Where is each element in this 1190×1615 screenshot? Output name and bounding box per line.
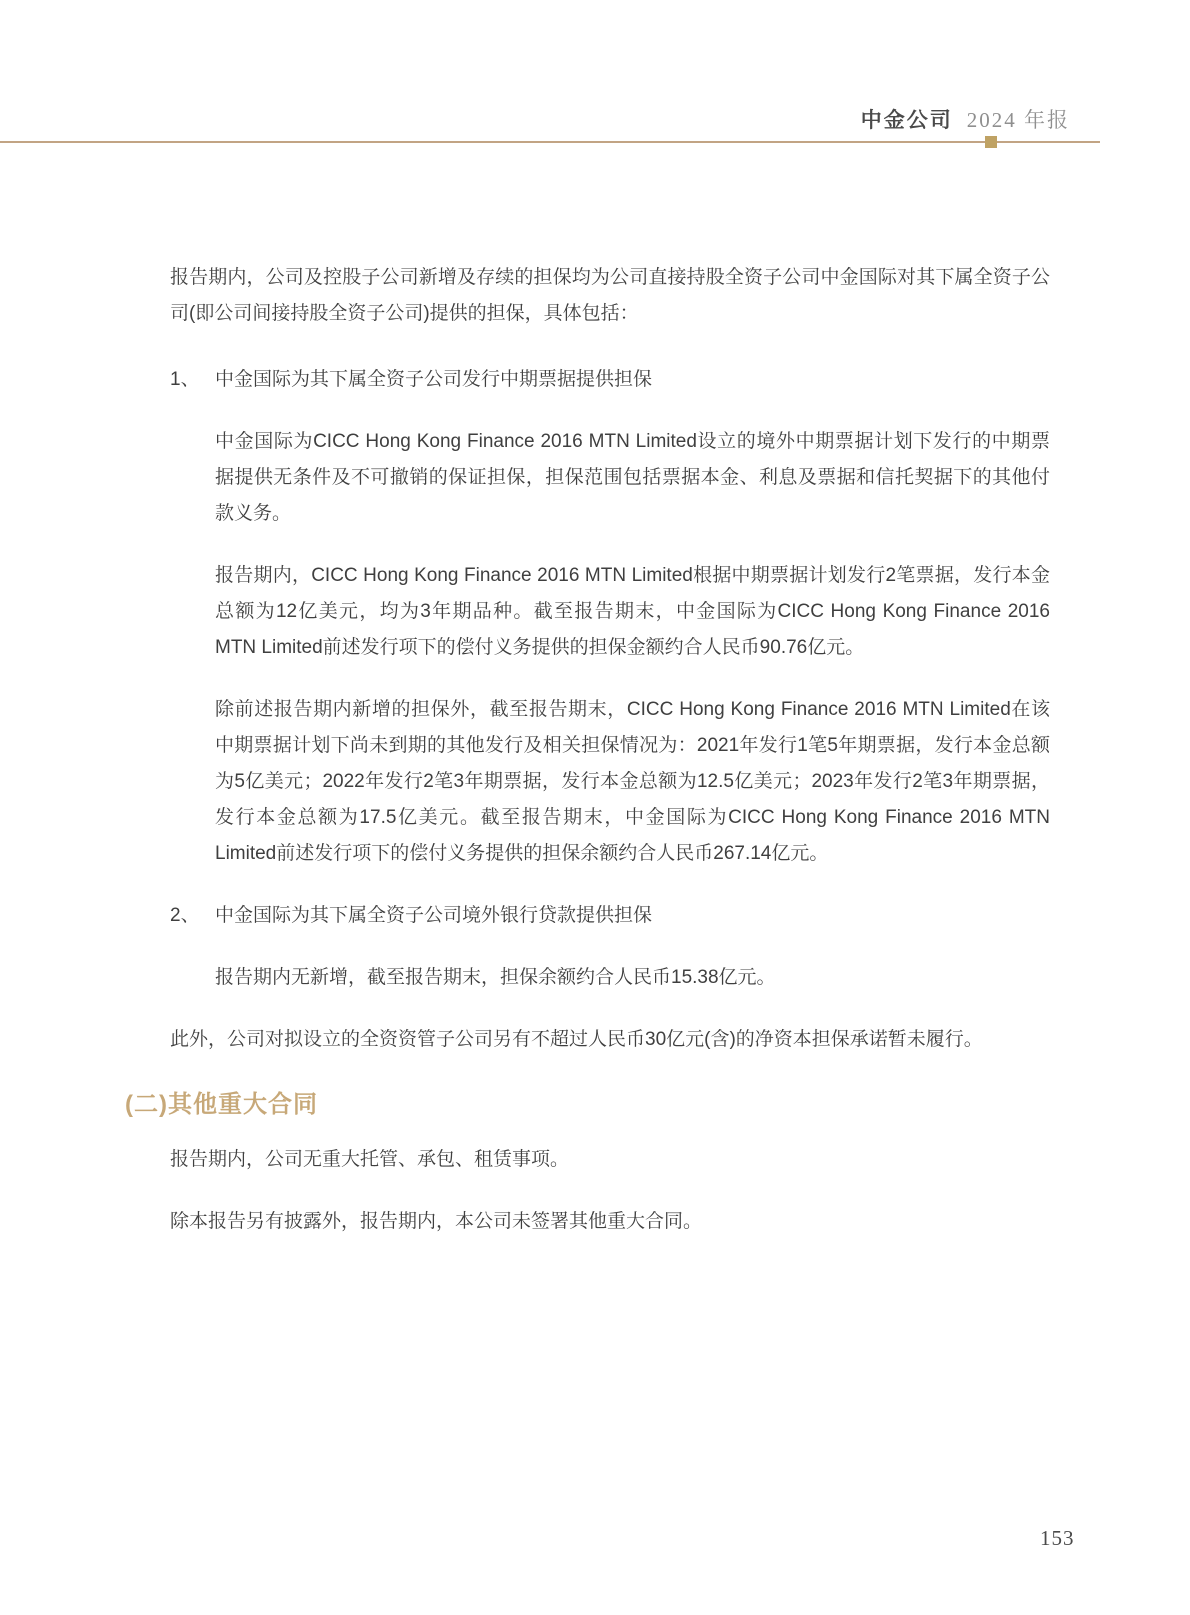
item-1-paragraph-2: 报告期内，CICC Hong Kong Finance 2016 MTN Lim… [170, 558, 1050, 666]
list-item-1: 1、 中金国际为其下属全资子公司发行中期票据提供担保 [170, 362, 1050, 398]
item-2-paragraph-1: 报告期内无新增，截至报告期末，担保余额约合人民币15.38亿元。 [170, 960, 1050, 996]
section-heading-other-major-contracts: (二)其他重大合同 [125, 1088, 1050, 1122]
item-1-paragraph-3: 除前述报告期内新增的担保外，截至报告期末，CICC Hong Kong Fina… [170, 692, 1050, 872]
intro-paragraph: 报告期内，公司及控股子公司新增及存续的担保均为公司直接持股全资子公司中金国际对其… [170, 260, 1050, 332]
list-item-2-number: 2、 [170, 898, 215, 934]
running-header: 中金公司2024 年报 [861, 104, 1070, 134]
company-name: 中金公司 [861, 108, 953, 132]
list-item-2: 2、 中金国际为其下属全资子公司境外银行贷款提供担保 [170, 898, 1050, 934]
report-page: 中金公司2024 年报 报告期内，公司及控股子公司新增及存续的担保均为公司直接持… [0, 0, 1190, 1615]
list-item-1-number: 1、 [170, 362, 215, 398]
header-rule-marker [985, 136, 997, 148]
report-edition: 2024 年报 [967, 108, 1070, 132]
list-item-2-title: 中金国际为其下属全资子公司境外银行贷款提供担保 [215, 898, 1050, 934]
header-rule [0, 141, 1100, 143]
page-content: 报告期内，公司及控股子公司新增及存续的担保均为公司直接持股全资子公司中金国际对其… [170, 260, 1050, 1266]
item-1-paragraph-1: 中金国际为CICC Hong Kong Finance 2016 MTN Lim… [170, 424, 1050, 532]
page-number: 153 [1040, 1526, 1075, 1551]
list-item-1-title: 中金国际为其下属全资子公司发行中期票据提供担保 [215, 362, 1050, 398]
section2-paragraph-1: 报告期内，公司无重大托管、承包、租赁事项。 [170, 1142, 1050, 1178]
closing-paragraph: 此外，公司对拟设立的全资资管子公司另有不超过人民币30亿元(含)的净资本担保承诺… [170, 1022, 1050, 1058]
section2-paragraph-2: 除本报告另有披露外，报告期内，本公司未签署其他重大合同。 [170, 1204, 1050, 1240]
